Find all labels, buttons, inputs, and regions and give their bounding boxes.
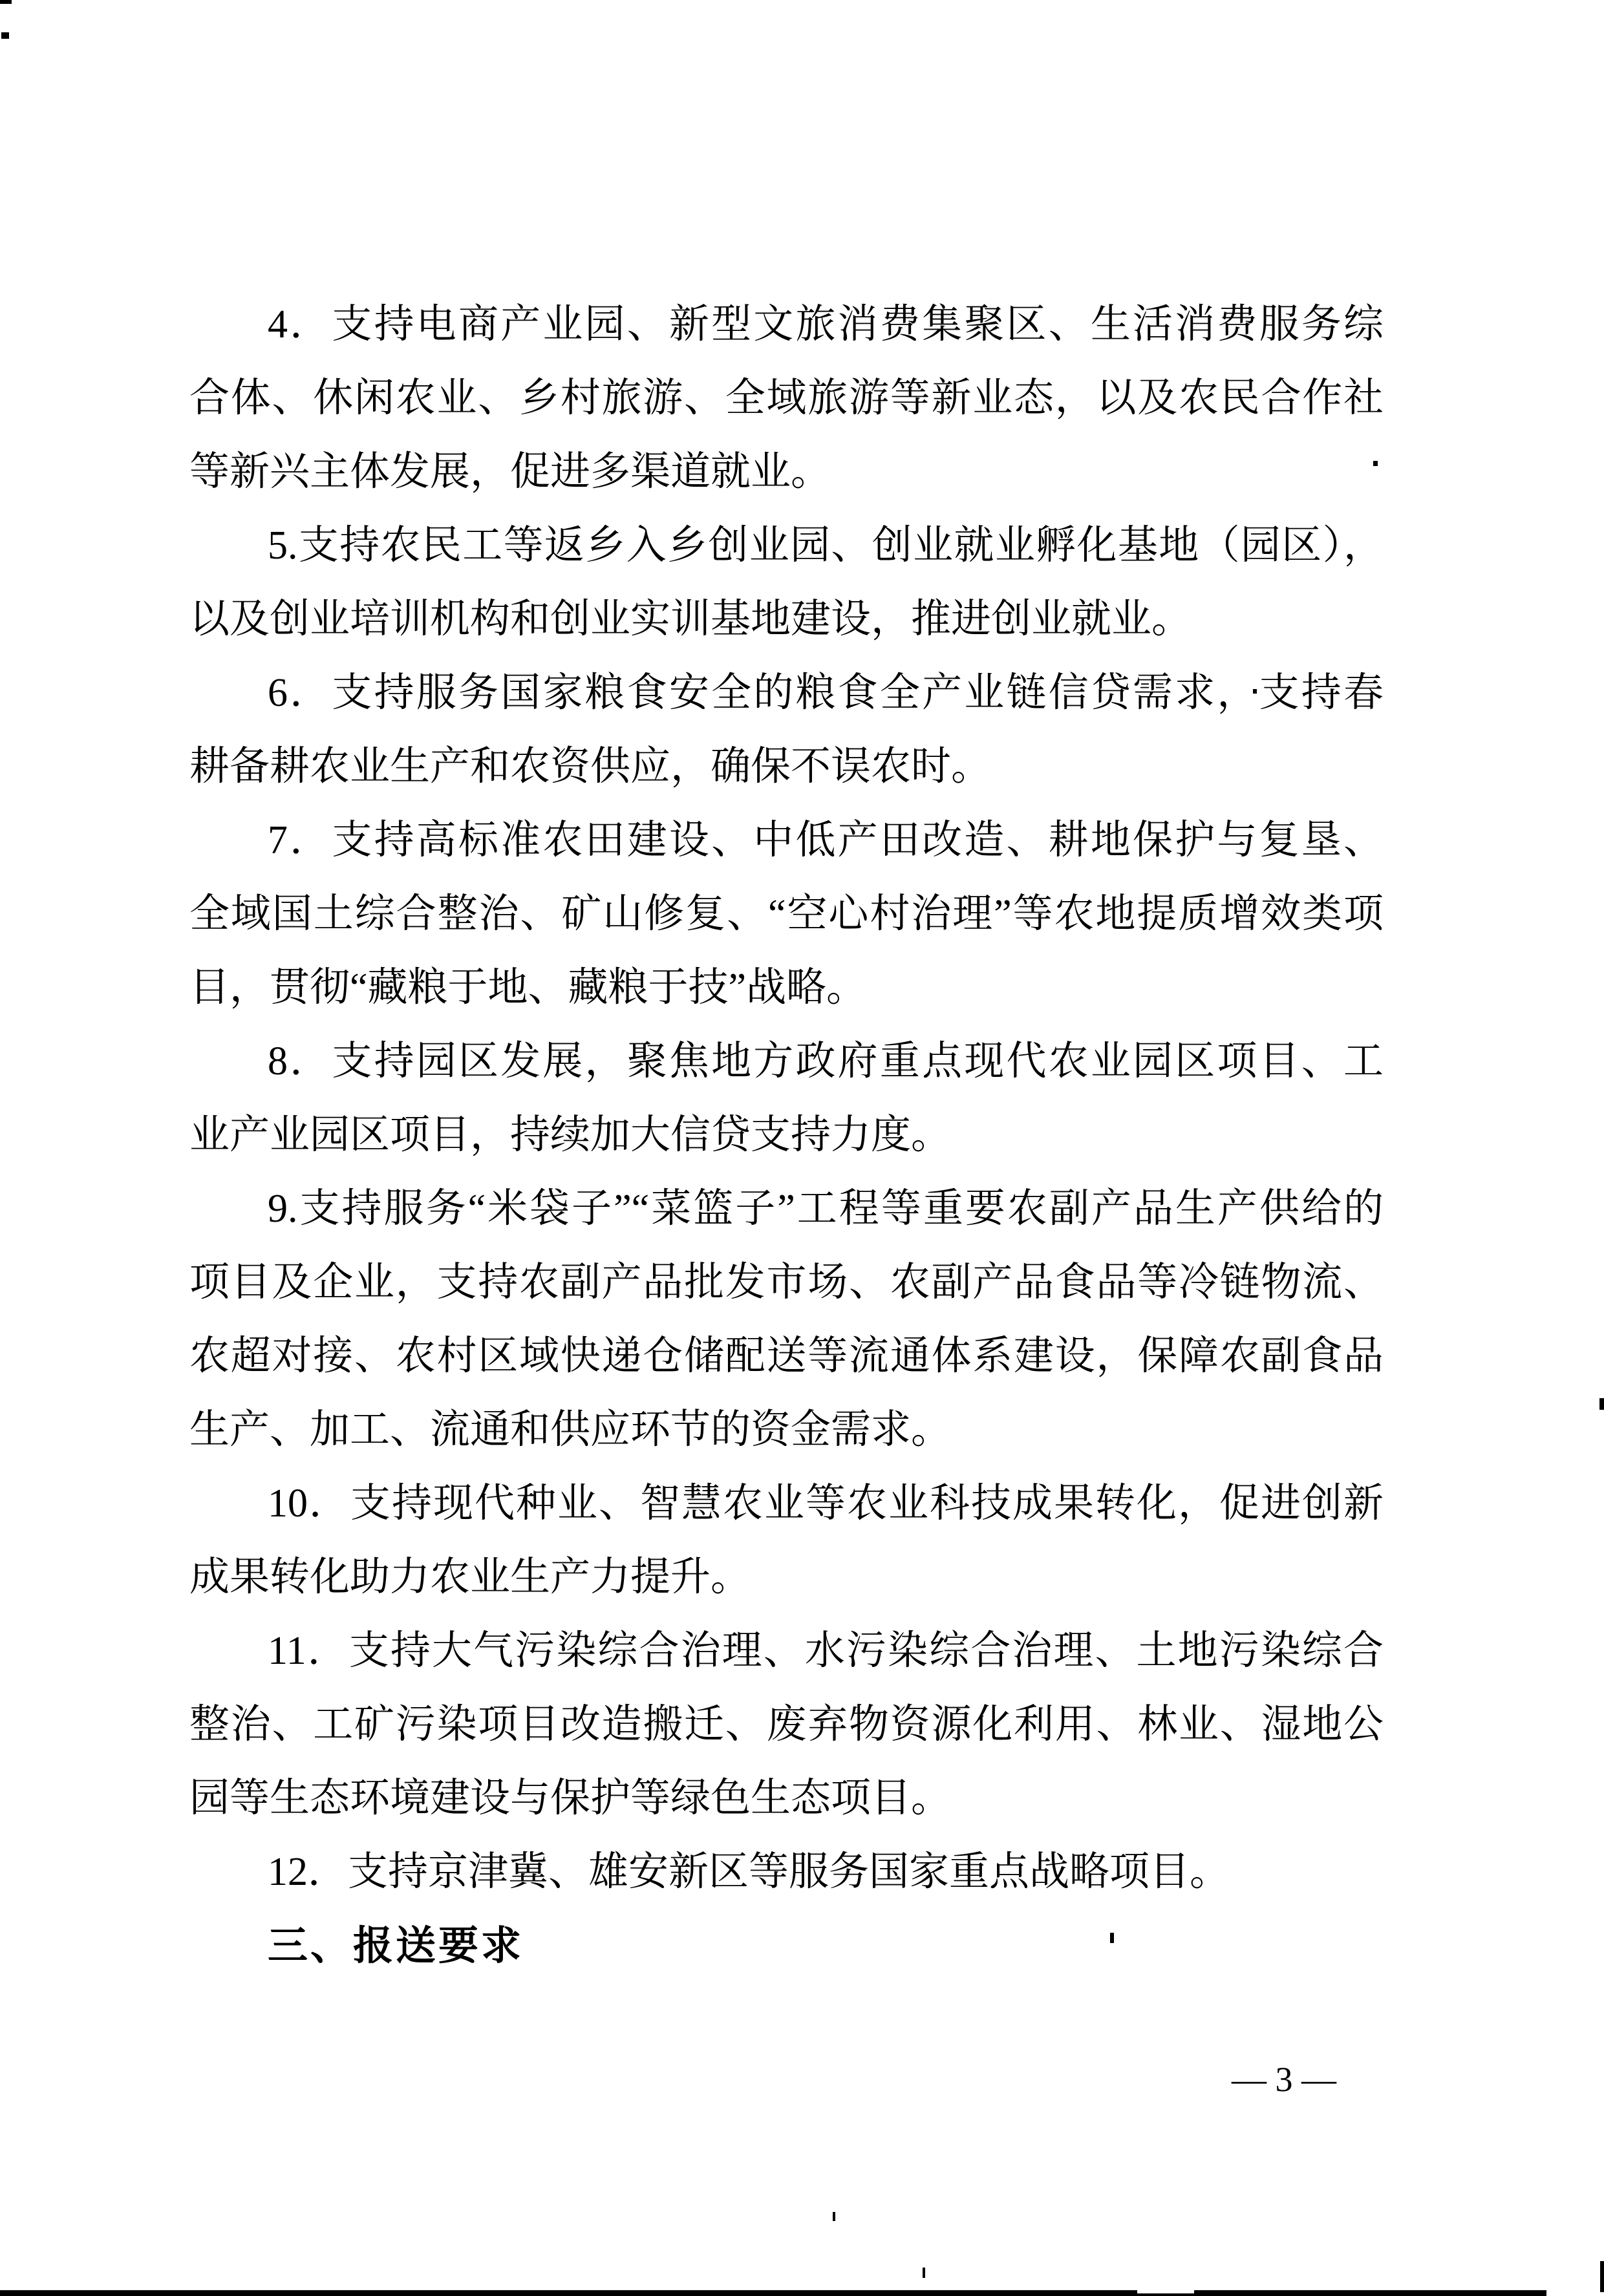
text-line: 9.支持服务“米袋子”“菜篮子”工程等重要农副产品生产供给的 <box>189 1172 1384 1246</box>
scan-speck <box>1137 2290 1194 2293</box>
text-line: 4．支持电商产业园、新型文旅消费集聚区、生活消费服务综 <box>189 288 1384 361</box>
text-line: 以及创业培训机构和创业实训基地建设，推进创业就业。 <box>189 582 1384 656</box>
text-line: 全域国土综合整治、矿山修复、“空心村治理”等农地提质增效类项 <box>189 877 1384 951</box>
scan-speck <box>1599 1398 1604 1410</box>
text-line: 园等生态环境建设与保护等绿色生态项目。 <box>189 1761 1384 1835</box>
text-line: 目，贯彻“藏粮于地、藏粮于技”战略。 <box>189 951 1384 1025</box>
paragraph-item-10: 10．支持现代种业、智慧农业等农业科技成果转化，促进创新成果转化助力农业生产力提… <box>189 1467 1384 1614</box>
paragraph-item-5: 5.支持农民工等返乡入乡创业园、创业就业孵化基地（园区），以及创业培训机构和创业… <box>189 509 1384 656</box>
paragraph-item-4: 4．支持电商产业园、新型文旅消费集聚区、生活消费服务综合体、休闲农业、乡村旅游、… <box>189 288 1384 509</box>
scan-speck <box>1253 689 1257 694</box>
text-line: 8．支持园区发展，聚焦地方政府重点现代农业园区项目、工 <box>189 1025 1384 1098</box>
scan-speck <box>1600 2261 1604 2292</box>
paragraph-item-11: 11．支持大气污染综合治理、水污染综合治理、土地污染综合整治、工矿污染项目改造搬… <box>189 1614 1384 1835</box>
scan-speck <box>1373 461 1378 466</box>
paragraph-item-12: 12．支持京津冀、雄安新区等服务国家重点战略项目。 <box>189 1835 1384 1909</box>
text-line: 11．支持大气污染综合治理、水污染综合治理、土地污染综合 <box>189 1614 1384 1688</box>
section-heading: 三、报送要求 <box>189 1909 1384 1982</box>
document-body: 4．支持电商产业园、新型文旅消费集聚区、生活消费服务综合体、休闲农业、乡村旅游、… <box>189 288 1384 1982</box>
text-line: 三、报送要求 <box>189 1909 1384 1982</box>
text-line: 业产业园区项目，持续加大信贷支持力度。 <box>189 1098 1384 1172</box>
text-line: 10．支持现代种业、智慧农业等农业科技成果转化，促进创新 <box>189 1467 1384 1540</box>
paragraph-item-9: 9.支持服务“米袋子”“菜篮子”工程等重要农副产品生产供给的项目及企业，支持农副… <box>189 1172 1384 1467</box>
text-line: 项目及企业，支持农副产品批发市场、农副产品食品等冷链物流、 <box>189 1246 1384 1319</box>
scan-speck <box>1 32 9 39</box>
scan-speck <box>1110 1933 1114 1943</box>
text-line: 农超对接、农村区域快递仓储配送等流通体系建设，保障农副食品 <box>189 1319 1384 1393</box>
paragraph-item-8: 8．支持园区发展，聚焦地方政府重点现代农业园区项目、工业产业园区项目，持续加大信… <box>189 1025 1384 1172</box>
scanned-document-page: 4．支持电商产业园、新型文旅消费集聚区、生活消费服务综合体、休闲农业、乡村旅游、… <box>0 0 1604 2296</box>
text-line: 成果转化助力农业生产力提升。 <box>189 1540 1384 1614</box>
text-line: 5.支持农民工等返乡入乡创业园、创业就业孵化基地（园区）， <box>189 509 1384 582</box>
page-number: — 3 — <box>1200 2059 1368 2099</box>
scan-speck <box>833 2212 835 2221</box>
text-line: 合体、休闲农业、乡村旅游、全域旅游等新业态，以及农民合作社 <box>189 361 1384 435</box>
text-line: 整治、工矿污染项目改造搬迁、废弃物资源化利用、林业、湿地公 <box>189 1688 1384 1761</box>
paragraph-item-7: 7．支持高标准农田建设、中低产田改造、耕地保护与复垦、全域国土综合整治、矿山修复… <box>189 803 1384 1025</box>
text-line: 12．支持京津冀、雄安新区等服务国家重点战略项目。 <box>189 1835 1384 1909</box>
text-line: 6．支持服务国家粮食安全的粮食全产业链信贷需求，支持春 <box>189 656 1384 730</box>
text-line: 等新兴主体发展，促进多渠道就业。 <box>189 435 1384 509</box>
scan-speck <box>0 0 12 4</box>
text-line: 生产、加工、流通和供应环节的资金需求。 <box>189 1393 1384 1467</box>
text-line: 耕备耕农业生产和农资供应，确保不误农时。 <box>189 730 1384 803</box>
text-line: 7．支持高标准农田建设、中低产田改造、耕地保护与复垦、 <box>189 803 1384 877</box>
paragraph-item-6: 6．支持服务国家粮食安全的粮食全产业链信贷需求，支持春耕备耕农业生产和农资供应，… <box>189 656 1384 803</box>
scan-speck <box>923 2268 925 2278</box>
scan-speck <box>0 2290 1546 2296</box>
